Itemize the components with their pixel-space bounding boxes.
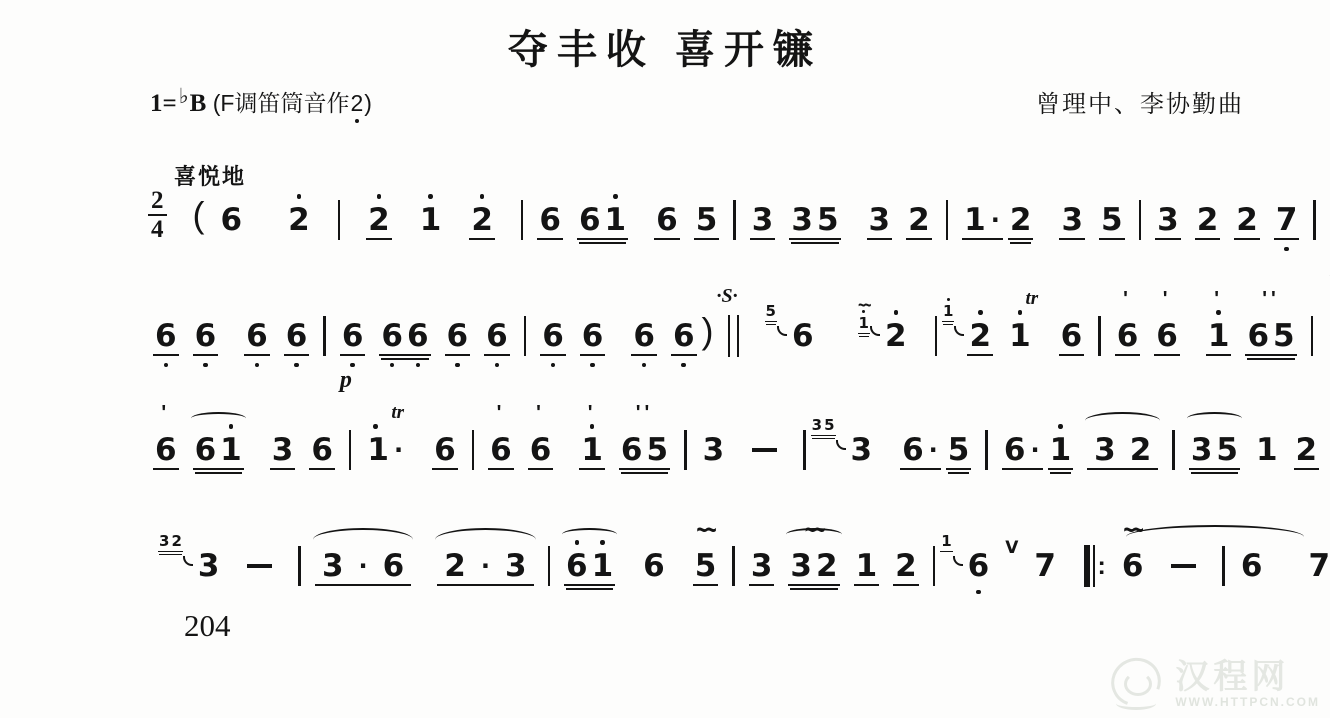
page-title: 夺丰收 喜开镰	[0, 18, 1330, 75]
key-instrument-note-pre: (F调笛筒音作	[213, 90, 350, 116]
ornament-space	[1285, 172, 1289, 194]
duration-dash	[247, 564, 272, 568]
ornament-space	[480, 172, 484, 194]
composer-credit: 曾理中、李协勤曲	[1036, 84, 1244, 119]
note-digit-group: 1·	[962, 194, 1003, 251]
note-digit-group: 35	[1189, 424, 1240, 481]
note-digit-group: 7	[1274, 194, 1300, 251]
note-digit: 6	[540, 319, 566, 353]
note-digit-group: 6·	[900, 424, 941, 481]
grace-note-group: 1	[858, 310, 870, 339]
note-digit-group: 32	[788, 540, 839, 597]
barline	[323, 316, 326, 356]
duration-dash	[1171, 564, 1196, 568]
note-digit-group: 6	[966, 540, 992, 594]
note-digit-group: 6	[193, 310, 219, 367]
note-digit: 2	[442, 549, 468, 583]
note-digit: 5	[823, 417, 835, 434]
grace-note: 32	[158, 528, 183, 557]
note-token: 6	[654, 172, 680, 251]
ornament-space	[813, 172, 817, 194]
barline	[521, 200, 524, 240]
note-digit-group: 6	[153, 310, 179, 367]
note-digit-group: 1	[418, 194, 444, 248]
upper-octave-dot	[480, 194, 485, 199]
lower-octave-dot	[255, 363, 260, 368]
watermark: 汉程网 WWW.HTTPCN.COM	[1108, 656, 1320, 712]
note-token: 2	[906, 172, 932, 251]
grace-hook	[870, 326, 880, 336]
note-token: 6	[484, 288, 510, 367]
note-token: 6	[244, 288, 270, 367]
ornament-space	[1070, 172, 1074, 194]
note-token: ''65	[619, 402, 670, 481]
ornament-space	[881, 288, 885, 310]
note-token: 1	[418, 172, 444, 248]
lower-octave-dot	[642, 363, 647, 368]
ornament-space	[877, 172, 881, 194]
note-token: 6	[432, 402, 458, 481]
note-token: 353	[811, 402, 874, 478]
barline	[935, 316, 938, 356]
grace-note: 35	[811, 412, 836, 441]
note-token: 6	[671, 288, 697, 367]
note-digit-group: 35	[789, 194, 840, 251]
slur-arc	[786, 528, 841, 542]
note-digit-group: 65	[1245, 310, 1296, 367]
note-digit: 3	[750, 203, 776, 237]
note-digit: 7	[1274, 203, 1300, 237]
ornament-space	[864, 518, 868, 540]
note-digit-group: 6	[654, 194, 680, 251]
ornament-space	[1304, 402, 1308, 424]
note-digit-group: 2·3	[437, 540, 533, 597]
key-note: B	[190, 90, 207, 117]
ornament-space	[704, 172, 708, 194]
note-digit: 2	[893, 549, 919, 583]
note-digit: 2	[1294, 433, 1320, 467]
ornament-space	[351, 288, 355, 310]
note-token: 16	[940, 518, 991, 594]
ornament-space	[981, 172, 985, 194]
note-digit: 3	[503, 549, 529, 583]
barline	[933, 546, 936, 586]
note-digit-group: 1	[579, 424, 605, 481]
upper-octave-dot	[894, 310, 899, 315]
barline	[732, 546, 735, 586]
note-token: ''65	[1245, 288, 1296, 367]
note-digit: 6	[381, 549, 407, 583]
page-number: 204	[184, 608, 231, 644]
note-digit-group: 3	[1059, 194, 1085, 251]
note-digit: 6	[379, 319, 405, 353]
note-digit-group: 2	[469, 194, 495, 251]
note-digit-group: 6	[1154, 310, 1180, 367]
ornament-space	[711, 402, 715, 424]
accent-marks: '	[588, 402, 597, 424]
note-token: 2	[1234, 172, 1260, 251]
ornament-space	[229, 172, 233, 194]
note-digit: 1	[603, 203, 629, 237]
note-token: tr1	[1007, 288, 1033, 364]
grace-hook	[183, 556, 193, 566]
note-token: 2	[286, 172, 312, 248]
slur-arc	[435, 528, 535, 542]
note-token: 2	[366, 172, 392, 251]
note-token: 32	[1087, 402, 1158, 481]
upper-octave-dot	[978, 310, 983, 315]
grace-note: ~~1	[858, 298, 870, 339]
upper-octave-dot	[1058, 424, 1063, 429]
barline	[985, 430, 988, 470]
note-digit: ·	[478, 549, 493, 583]
note-digit-group: 6	[540, 310, 566, 367]
meter-denominator: 4	[148, 214, 167, 243]
note-token: 6	[309, 402, 335, 481]
note-digit: 3	[811, 417, 823, 434]
note-digit: 1	[218, 433, 244, 467]
ornament-space	[840, 402, 844, 424]
note-digit: 6	[900, 433, 926, 467]
note-token: 6	[580, 288, 606, 367]
note-digit: 3	[789, 203, 815, 237]
note-digit: 2	[1234, 203, 1260, 237]
watermark-logo-icon	[1108, 656, 1166, 712]
note-digit-group: 3	[750, 194, 776, 251]
note-token: 5	[1099, 172, 1125, 251]
accent-marks: '	[1123, 288, 1132, 310]
note-digit: 6	[153, 433, 179, 467]
parenthesis: (	[193, 196, 205, 234]
note-digit-group: 1	[1254, 424, 1280, 478]
ornament-space	[917, 172, 921, 194]
note-token: 3	[750, 172, 776, 251]
breath-mark: V	[1005, 538, 1018, 558]
note-digit-group: 65	[619, 424, 670, 481]
note-digit: 2	[814, 549, 840, 583]
ornament-space	[665, 172, 669, 194]
slur-arc	[562, 528, 617, 542]
note-digit-group: 6	[1115, 310, 1141, 367]
duration-dash	[752, 448, 777, 452]
note-token: 7	[1032, 518, 1058, 594]
note-token: 1	[1254, 402, 1280, 478]
note-digit: 1	[365, 433, 391, 467]
note-token: 1·	[962, 172, 1003, 251]
note-digit: 6	[340, 319, 366, 353]
note-digit: 1	[1007, 319, 1033, 353]
note-digit-group: 3	[849, 424, 875, 478]
ornament-space	[966, 288, 970, 310]
note-token: 1	[1048, 402, 1074, 481]
ornament-space	[652, 518, 656, 540]
grace-note: 1	[942, 298, 954, 327]
barline	[733, 200, 736, 240]
note-token: 12	[942, 288, 993, 367]
barline	[1098, 316, 1101, 356]
note-digit: 5	[693, 549, 719, 583]
note-digit-group: 5	[1099, 194, 1125, 251]
barline	[1172, 430, 1175, 470]
note-digit: 6	[432, 433, 458, 467]
ornament-space	[1069, 288, 1073, 310]
lower-octave-dot	[590, 363, 595, 368]
ornament-space	[761, 172, 765, 194]
note-digit: 6	[528, 433, 554, 467]
double-barline: ·S·	[728, 315, 739, 357]
note-digit: 6	[405, 319, 431, 353]
note-digit: 7	[1032, 549, 1058, 583]
ornament: tr	[1026, 288, 1039, 310]
slur-arc	[1187, 412, 1242, 426]
slur-arc	[1085, 412, 1160, 426]
barline	[338, 200, 341, 240]
ornament-space	[320, 402, 324, 424]
note-digit: 3	[158, 533, 170, 550]
lower-octave-dot	[976, 590, 981, 595]
flat-icon: ♭	[179, 84, 189, 108]
lower-octave-dot	[203, 363, 208, 368]
ornament-space	[682, 288, 686, 310]
note-token: ~~6	[1120, 518, 1146, 594]
note-token: 6	[445, 288, 471, 367]
note-digit: 6	[284, 319, 310, 353]
accent-marks: ''	[636, 402, 654, 424]
ornament-space	[1317, 518, 1321, 540]
upper-octave-dot	[1018, 310, 1023, 315]
note-token: 3	[1155, 172, 1181, 251]
ornament-space	[1166, 172, 1170, 194]
key-signature: 1=♭B (F调笛筒音作2)	[150, 84, 372, 118]
note-digit: 6	[619, 433, 645, 467]
note-digit: 6	[1239, 549, 1265, 583]
music-line-1: 24(6221266165335321·23532276f6666	[148, 172, 1330, 251]
note-token: '6	[528, 402, 554, 481]
note-digit: 6	[1245, 319, 1271, 353]
ornament-space	[957, 402, 961, 424]
note-digit: ·	[356, 549, 371, 583]
note-digit: 7	[1306, 549, 1330, 583]
note-digit: 6	[153, 319, 179, 353]
watermark-site-url: WWW.HTTPCN.COM	[1175, 695, 1320, 709]
note-digit: 1	[858, 315, 870, 332]
accent-marks: '	[497, 402, 506, 424]
note-token: 6	[537, 172, 563, 251]
note-token: 6·	[900, 402, 941, 481]
ornament-space	[591, 288, 595, 310]
note-token: 2	[893, 518, 919, 597]
note-digit-group: 3	[196, 540, 222, 594]
note-digit-group: 6	[284, 310, 310, 367]
note-digit-group: 6	[340, 310, 366, 367]
note-token: 5	[694, 172, 720, 251]
ornament-space	[255, 288, 259, 310]
note-digit-group: 2	[366, 194, 392, 251]
barline	[349, 430, 352, 470]
note-digit: 2	[883, 319, 909, 353]
sheet-music-page: 夺丰收 喜开镰 1=♭B (F调笛筒音作2) 曾理中、李协勤曲 喜悦地 24(6…	[0, 0, 1330, 718]
note-digit-group: 3	[270, 424, 296, 481]
note-token: '6	[488, 402, 514, 481]
note-digit: 3	[270, 433, 296, 467]
note-token: 66	[379, 288, 430, 367]
accent-marks: '	[1163, 288, 1172, 310]
note-digit-group: 61	[577, 194, 628, 251]
meter-numerator: 2	[148, 188, 167, 214]
note-digit: 2	[967, 319, 993, 353]
note-token: ~~32	[788, 518, 839, 597]
note-token: 3	[270, 402, 296, 481]
note-token: 6	[153, 288, 179, 367]
note-digit: 3	[788, 549, 814, 583]
grace-note-group: 35	[811, 412, 836, 441]
note-digit-group: 1	[1048, 424, 1074, 481]
note-digit: 3	[196, 549, 222, 583]
note-digit-group: 61	[564, 540, 615, 597]
grace-note-group: 1	[942, 298, 954, 327]
note-digit: 2	[469, 203, 495, 237]
note-digit: 3	[1155, 203, 1181, 237]
note-digit-group: 2	[1234, 194, 1260, 251]
note-digit-group: 7	[1032, 540, 1058, 594]
note-token: 323	[158, 518, 221, 594]
upper-octave-dot	[297, 194, 302, 199]
upper-octave-dot	[862, 310, 865, 313]
lower-octave-dot	[164, 363, 169, 368]
tie-arc	[1126, 525, 1304, 541]
note-digit-group: 6	[219, 194, 245, 248]
note-digit: 2	[366, 203, 392, 237]
note-token: '6	[153, 402, 179, 481]
note-digit: 6	[966, 549, 992, 583]
note-token: 2	[1008, 172, 1034, 251]
note-digit: 6	[790, 319, 816, 353]
ornament-space	[164, 288, 168, 310]
ornament-space	[429, 172, 433, 194]
ornament-space	[964, 518, 968, 540]
note-digit-group: 2	[1008, 194, 1034, 251]
note-digit-group: 6	[153, 424, 179, 481]
note-digit: 5	[694, 203, 720, 237]
grace-note: 5	[765, 298, 777, 327]
note-digit: ·	[1027, 433, 1042, 467]
upper-octave-dot	[1216, 310, 1221, 315]
repeat-start-barline: :	[1084, 545, 1106, 587]
note-digit: 6	[564, 549, 590, 583]
note-digit-group: 6	[1059, 310, 1085, 367]
note-digit-group: 6	[488, 424, 514, 481]
repeat-dots: :	[1097, 546, 1105, 586]
note-digit-group: 6	[580, 310, 606, 367]
note-token: 3	[1059, 172, 1085, 251]
note-token: 2	[1294, 402, 1320, 481]
note-token: '1	[579, 402, 605, 481]
upper-octave-dot	[373, 424, 378, 429]
note-token: 56	[765, 288, 816, 364]
note-digit: 1	[579, 433, 605, 467]
note-token: 7	[1274, 172, 1300, 251]
note-token: 61	[193, 402, 244, 481]
note-token: 2·3	[437, 518, 533, 597]
note-token: 2	[469, 172, 495, 251]
note-digit-group: 6	[445, 310, 471, 367]
note-digit: 5	[1271, 319, 1297, 353]
note-digit: 2	[906, 203, 932, 237]
note-digit: 6	[488, 433, 514, 467]
ornament-space	[1058, 402, 1062, 424]
note-digit: 6	[631, 319, 657, 353]
note-digit-group: 3	[749, 540, 775, 597]
note-token: 3	[749, 518, 775, 597]
note-token: '1	[1206, 288, 1232, 367]
note-digit-group: 5	[946, 424, 972, 481]
note-digit-group: 1	[1007, 310, 1033, 364]
accent-marks: '	[1214, 288, 1223, 310]
slur-arc	[191, 412, 246, 426]
note-digit: 6	[309, 433, 335, 467]
note-digit: 1	[1254, 433, 1280, 467]
ornament-space	[495, 288, 499, 310]
note-digit: 1	[1048, 433, 1074, 467]
parenthesis: )	[702, 312, 714, 350]
accent-marks: ''	[1262, 288, 1280, 310]
note-token: tr1·	[365, 402, 406, 478]
note-digit: 1	[940, 533, 952, 550]
note-digit: 3	[849, 433, 875, 467]
note-digit-group: 3	[1155, 194, 1181, 251]
ornament-space	[1245, 172, 1249, 194]
note-digit: 3	[1092, 433, 1118, 467]
segno-mark: ·S·	[717, 285, 738, 308]
ornament-space	[1043, 518, 1047, 540]
note-digit-group: 2	[1294, 424, 1320, 481]
note-digit-group: 6	[641, 540, 667, 594]
barline	[1222, 546, 1225, 586]
note-digit: ·	[391, 433, 406, 467]
grace-note-group: 1	[940, 528, 952, 557]
note-token: 6	[219, 172, 245, 248]
slur-arc	[313, 528, 413, 542]
note-token: 7	[1306, 518, 1330, 594]
note-digit: 6	[1115, 319, 1141, 353]
note-digit: 5	[765, 303, 777, 320]
note-digit: 5	[815, 203, 841, 237]
grace-hook	[777, 326, 787, 336]
note-digit-group: 6	[244, 310, 270, 367]
note-digit: 2	[286, 203, 312, 237]
grace-hook	[954, 326, 964, 336]
upper-octave-dot	[590, 424, 595, 429]
barline	[803, 430, 806, 470]
note-token: 5	[946, 402, 972, 481]
note-token: 6·	[1002, 402, 1043, 481]
barline	[548, 546, 551, 586]
note-digit: 3	[749, 549, 775, 583]
lower-octave-dot	[294, 363, 299, 368]
ornament-space	[642, 288, 646, 310]
note-digit: 3	[320, 549, 346, 583]
note-digit-group: 66	[379, 310, 430, 367]
ornament-space	[1110, 172, 1114, 194]
note-digit: 3	[867, 203, 893, 237]
note-digit: 6	[445, 319, 471, 353]
note-digit: ·	[988, 203, 1003, 237]
note-digit-group: 61	[193, 424, 244, 481]
upper-octave-dot	[428, 194, 433, 199]
note-digit-group: 5	[694, 194, 720, 251]
music-line-2: 66666p66666666)·S·56~~1212tr16'6'6'1''65…	[153, 288, 1330, 367]
note-token: 2	[1195, 172, 1221, 251]
